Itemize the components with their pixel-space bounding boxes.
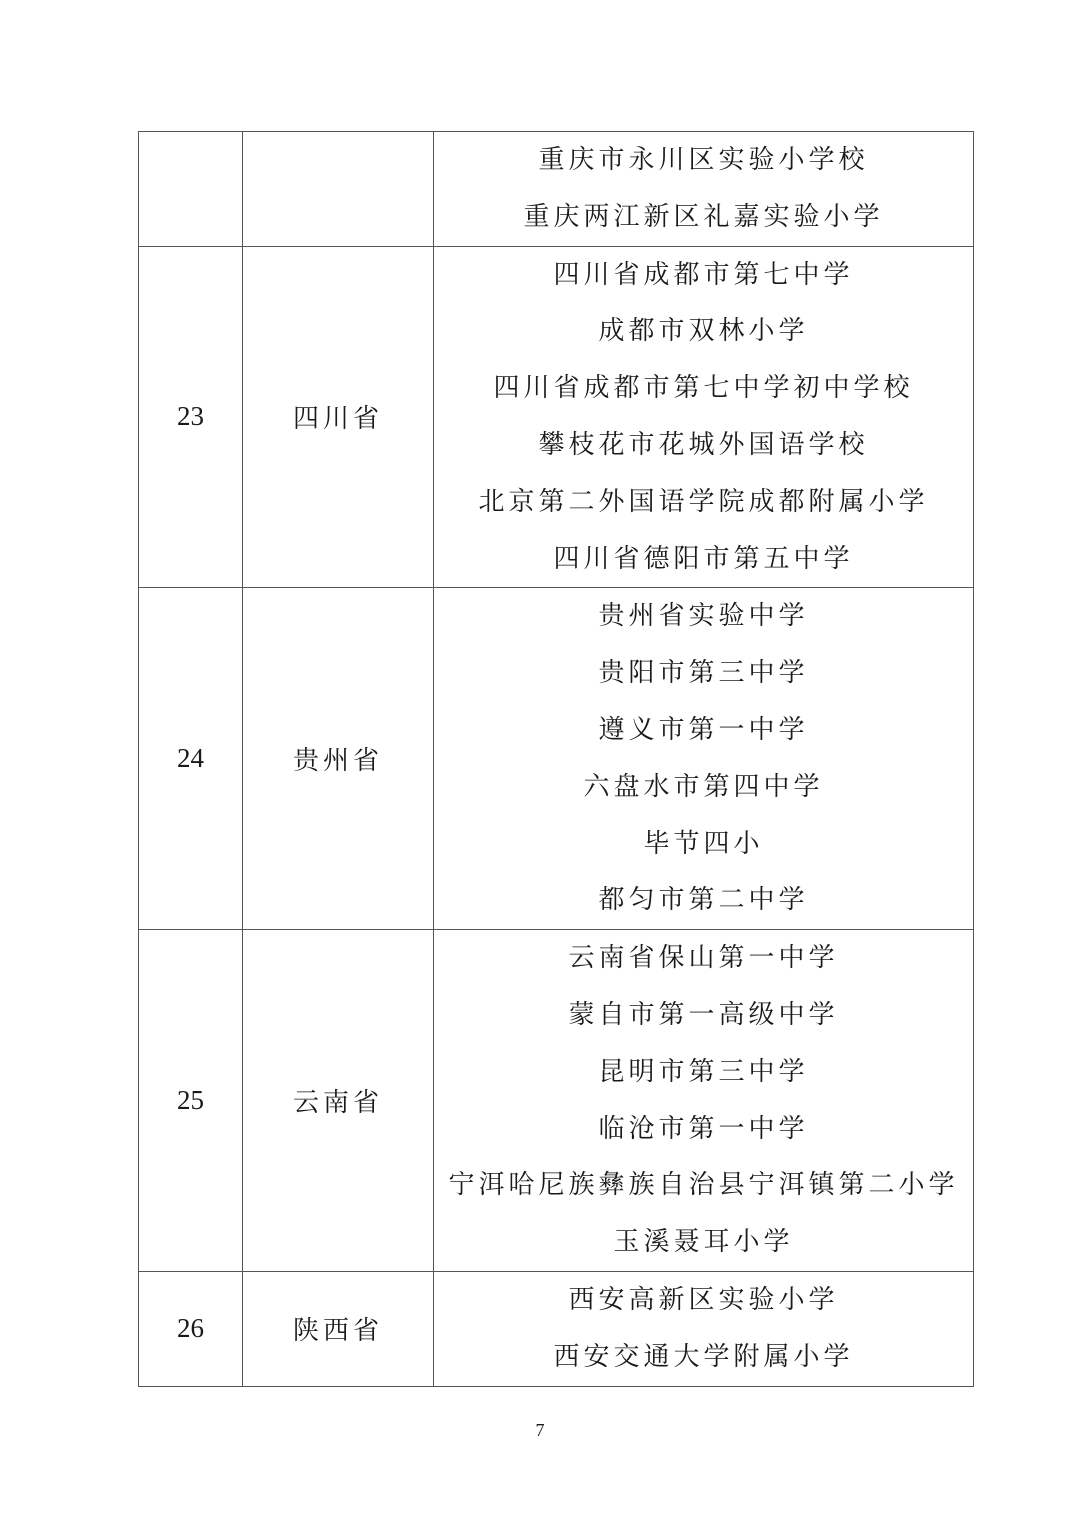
school-name: 西安高新区实验小学	[434, 1272, 973, 1329]
school-name: 宁洱哈尼族彝族自治县宁洱镇第二小学	[434, 1157, 973, 1214]
schools-cell: 云南省保山第一中学 蒙自市第一高级中学 昆明市第三中学 临沧市第一中学 宁洱哈尼…	[434, 930, 974, 1272]
school-name: 毕节四小	[434, 816, 973, 873]
schools-cell: 西安高新区实验小学 西安交通大学附属小学	[434, 1271, 974, 1386]
school-name: 成都市双林小学	[434, 303, 973, 360]
schools-cell: 重庆市永川区实验小学校 重庆两江新区礼嘉实验小学	[434, 132, 974, 247]
table-row: 25 云南省 云南省保山第一中学 蒙自市第一高级中学 昆明市第三中学 临沧市第一…	[139, 930, 974, 1272]
province-cell	[243, 132, 434, 247]
province-cell: 贵州省	[243, 588, 434, 930]
row-number	[139, 132, 243, 247]
page-number: 7	[0, 1420, 1080, 1441]
school-name: 攀枝花市花城外国语学校	[434, 417, 973, 474]
province-cell: 陕西省	[243, 1271, 434, 1386]
row-number: 24	[139, 588, 243, 930]
schools-cell: 四川省成都市第七中学 成都市双林小学 四川省成都市第七中学初中学校 攀枝花市花城…	[434, 246, 974, 588]
province-cell: 云南省	[243, 930, 434, 1272]
school-name: 四川省德阳市第五中学	[434, 531, 973, 588]
schools-cell: 贵州省实验中学 贵阳市第三中学 遵义市第一中学 六盘水市第四中学 毕节四小 都匀…	[434, 588, 974, 930]
school-name: 都匀市第二中学	[434, 872, 973, 929]
province-cell: 四川省	[243, 246, 434, 588]
table-row: 重庆市永川区实验小学校 重庆两江新区礼嘉实验小学	[139, 132, 974, 247]
school-name: 临沧市第一中学	[434, 1101, 973, 1158]
school-name: 四川省成都市第七中学	[434, 247, 973, 304]
school-name: 重庆市永川区实验小学校	[434, 132, 973, 189]
school-name: 玉溪聂耳小学	[434, 1214, 973, 1271]
table-row: 23 四川省 四川省成都市第七中学 成都市双林小学 四川省成都市第七中学初中学校…	[139, 246, 974, 588]
school-name: 六盘水市第四中学	[434, 759, 973, 816]
row-number: 26	[139, 1271, 243, 1386]
table-row: 24 贵州省 贵州省实验中学 贵阳市第三中学 遵义市第一中学 六盘水市第四中学 …	[139, 588, 974, 930]
school-name: 昆明市第三中学	[434, 1044, 973, 1101]
row-number: 25	[139, 930, 243, 1272]
school-name: 贵阳市第三中学	[434, 645, 973, 702]
school-name: 蒙自市第一高级中学	[434, 987, 973, 1044]
school-name: 北京第二外国语学院成都附属小学	[434, 474, 973, 531]
school-name: 贵州省实验中学	[434, 588, 973, 645]
school-name: 重庆两江新区礼嘉实验小学	[434, 189, 973, 246]
school-name: 云南省保山第一中学	[434, 930, 973, 987]
school-name: 四川省成都市第七中学初中学校	[434, 360, 973, 417]
school-name: 西安交通大学附属小学	[434, 1329, 973, 1386]
school-name: 遵义市第一中学	[434, 702, 973, 759]
schools-table: 重庆市永川区实验小学校 重庆两江新区礼嘉实验小学 23 四川省 四川省成都市第七…	[138, 131, 974, 1387]
table-row: 26 陕西省 西安高新区实验小学 西安交通大学附属小学	[139, 1271, 974, 1386]
row-number: 23	[139, 246, 243, 588]
